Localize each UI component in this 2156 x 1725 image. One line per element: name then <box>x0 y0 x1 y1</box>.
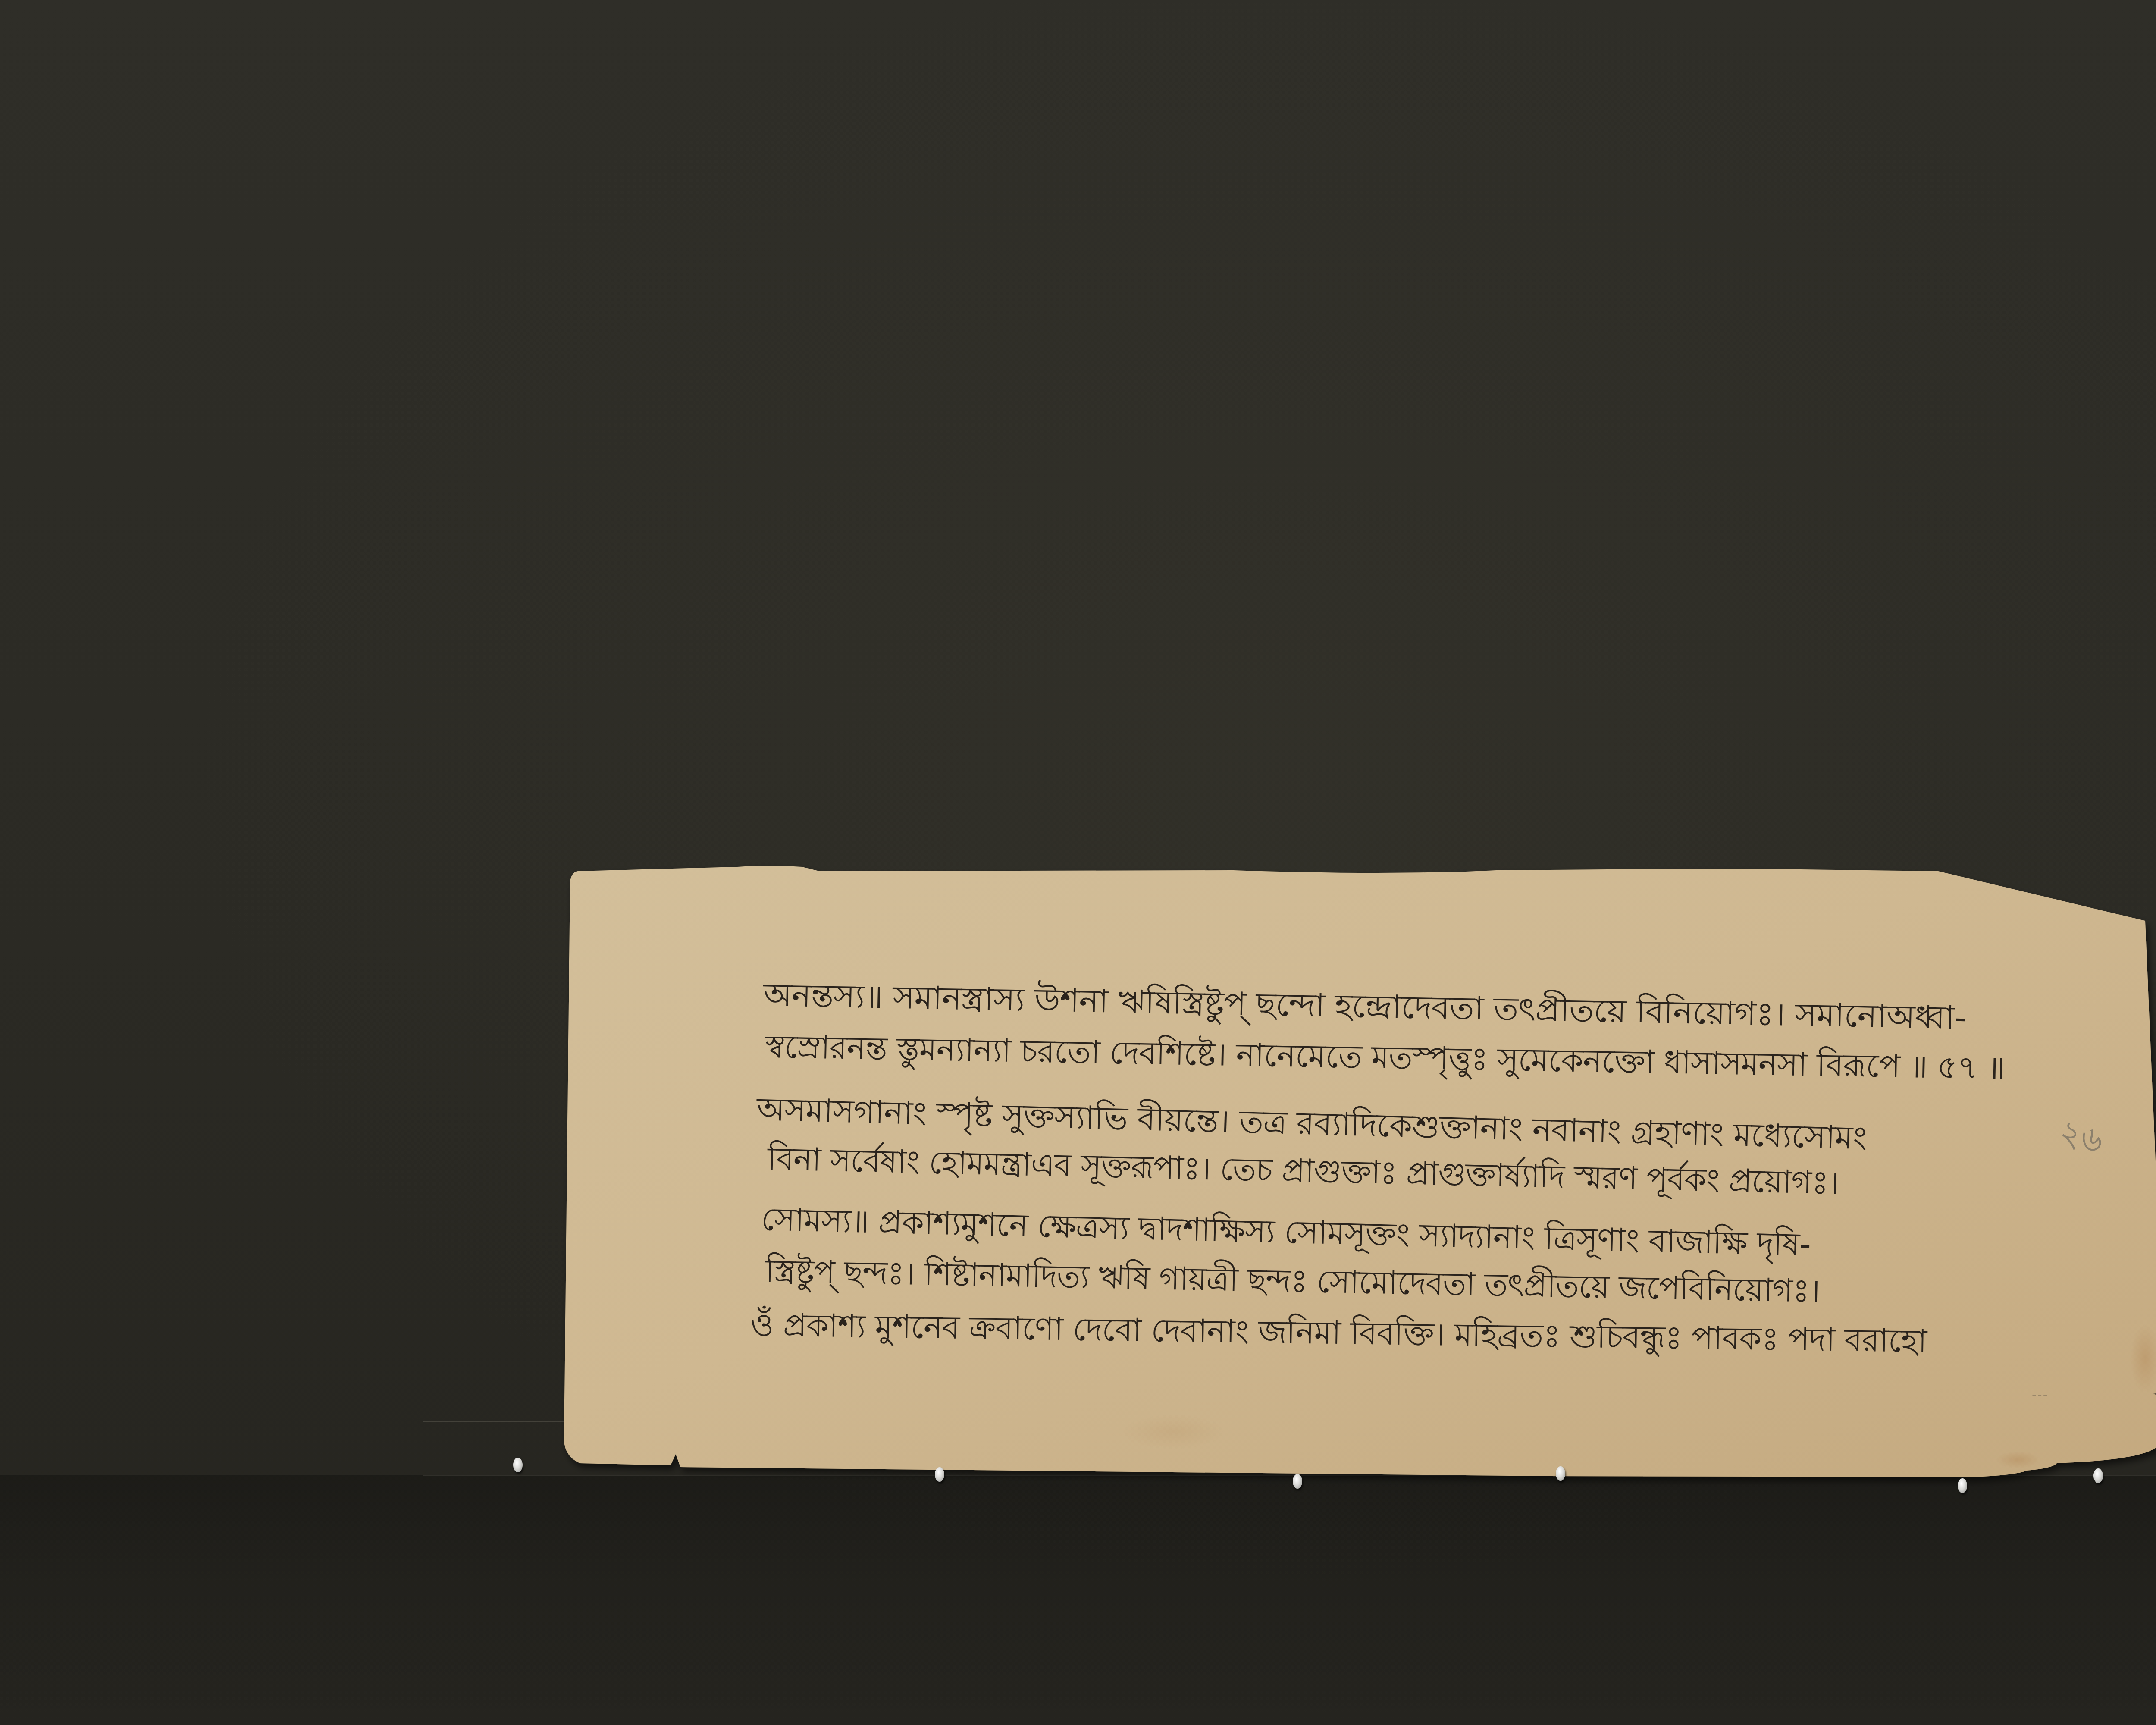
paper-shape <box>0 0 2156 1725</box>
bottom-pencil-mark: --- <box>2032 1388 2048 1403</box>
pin-icon <box>513 1458 523 1472</box>
pin-icon <box>1958 1478 1967 1493</box>
pin-icon <box>1556 1466 1565 1481</box>
pin-icon <box>2093 1468 2103 1483</box>
pin-icon <box>935 1467 944 1482</box>
manuscript-leaf: অনন্তস্য॥ সমানস্ত্রাস্য উশনা ঋষিস্ত্রিষ্… <box>0 0 2156 1725</box>
pin-icon <box>1293 1474 1302 1489</box>
